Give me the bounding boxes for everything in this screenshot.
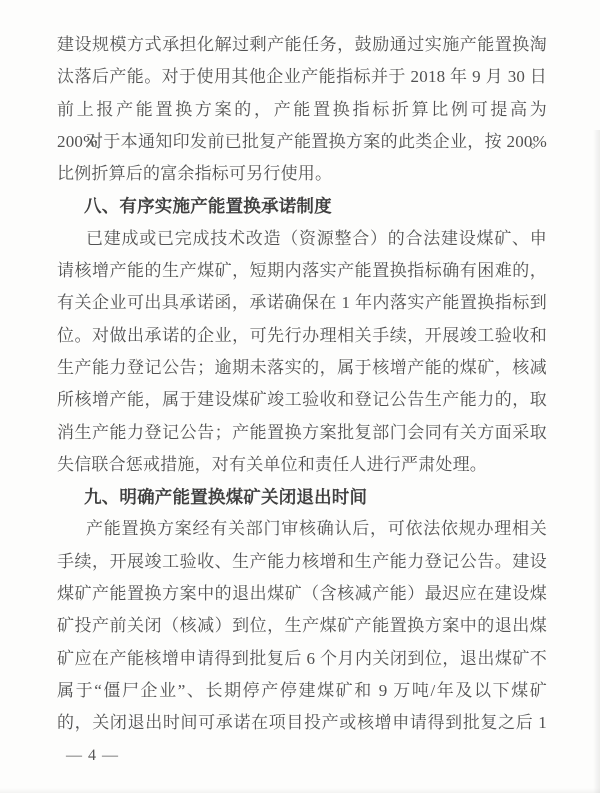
text-line: 比例折算后的富余指标可另行使用。 <box>57 158 547 190</box>
scan-edge-artifact-bottom <box>0 788 600 793</box>
text-line: 已建成或已完成技术改造（资源整合）的合法建设煤矿、申 <box>57 223 547 255</box>
paragraph: 建设规模方式承担化解过剩产能任务，鼓励通过实施产能置换淘汰落后产能。对于使用其他… <box>57 29 547 126</box>
text-line: 汰落后产能。对于使用其他企业产能指标并于 2018 年 9 月 30 日 <box>57 61 547 93</box>
scan-edge-artifact-right <box>593 130 600 793</box>
page-number: — 4 — <box>66 740 119 772</box>
paragraph: 产能置换方案经有关部门审核确认后，可依法依规办理相关手续，开展竣工验收、生产能力… <box>57 513 547 739</box>
text-line: 产能置换方案经有关部门审核确认后，可依法依规办理相关 <box>57 513 547 545</box>
text-line: 前上报产能置换方案的，产能置换指标折算比例可提高为 200%。 <box>57 94 547 126</box>
heading-text: 八、有序实施产能置换承诺制度 <box>57 190 547 222</box>
section-heading: 九、明确产能置换煤矿关闭退出时间 <box>57 481 547 513</box>
text-line: 建设规模方式承担化解过剩产能任务，鼓励通过实施产能置换淘 <box>57 29 547 61</box>
text-line: 所核增产能，属于建设煤矿竣工验收和登记公告生产能力的，取 <box>57 384 547 416</box>
document-body: 建设规模方式承担化解过剩产能任务，鼓励通过实施产能置换淘汰落后产能。对于使用其他… <box>57 29 547 740</box>
text-line: 有关企业可出具承诺函，承诺确保在 1 年内落实产能置换指标到 <box>57 287 547 319</box>
text-line: 的，关闭退出时间可承诺在项目投产或核增申请得到批复之后 1 <box>57 707 547 739</box>
text-line: 煤矿产能置换方案中的退出煤矿（含核减产能）最迟应在建设煤 <box>57 578 547 610</box>
text-line: 生产能力登记公告；逾期未落实的，属于核增产能的煤矿，核减 <box>57 352 547 384</box>
text-line: 对于本通知印发前已批复产能置换方案的此类企业，按 200% <box>57 126 547 158</box>
text-line: 失信联合惩戒措施，对有关单位和责任人进行严肃处理。 <box>57 449 547 481</box>
text-line: 请核增产能的生产煤矿，短期内落实产能置换指标确有困难的， <box>57 255 547 287</box>
text-line: 位。对做出承诺的企业，可先行办理相关手续，开展竣工验收和 <box>57 320 547 352</box>
paragraph: 已建成或已完成技术改造（资源整合）的合法建设煤矿、申请核增产能的生产煤矿，短期内… <box>57 223 547 481</box>
text-line: 手续，开展竣工验收、生产能力核增和生产能力登记公告。建设 <box>57 546 547 578</box>
text-line: 矿投产前关闭（核减）到位，生产煤矿产能置换方案中的退出煤 <box>57 610 547 642</box>
paragraph: 对于本通知印发前已批复产能置换方案的此类企业，按 200%比例折算后的富余指标可… <box>57 126 547 191</box>
text-line: 消生产能力登记公告；产能置换方案批复部门会同有关方面采取 <box>57 417 547 449</box>
scanned-document-page: 建设规模方式承担化解过剩产能任务，鼓励通过实施产能置换淘汰落后产能。对于使用其他… <box>0 0 600 793</box>
text-line: 矿应在产能核增申请得到批复后 6 个月内关闭到位，退出煤矿不 <box>57 643 547 675</box>
heading-text: 九、明确产能置换煤矿关闭退出时间 <box>57 481 547 513</box>
text-line: 属于“僵尸企业”、长期停产停建煤矿和 9 万吨/年及以下煤矿 <box>57 675 547 707</box>
section-heading: 八、有序实施产能置换承诺制度 <box>57 190 547 222</box>
